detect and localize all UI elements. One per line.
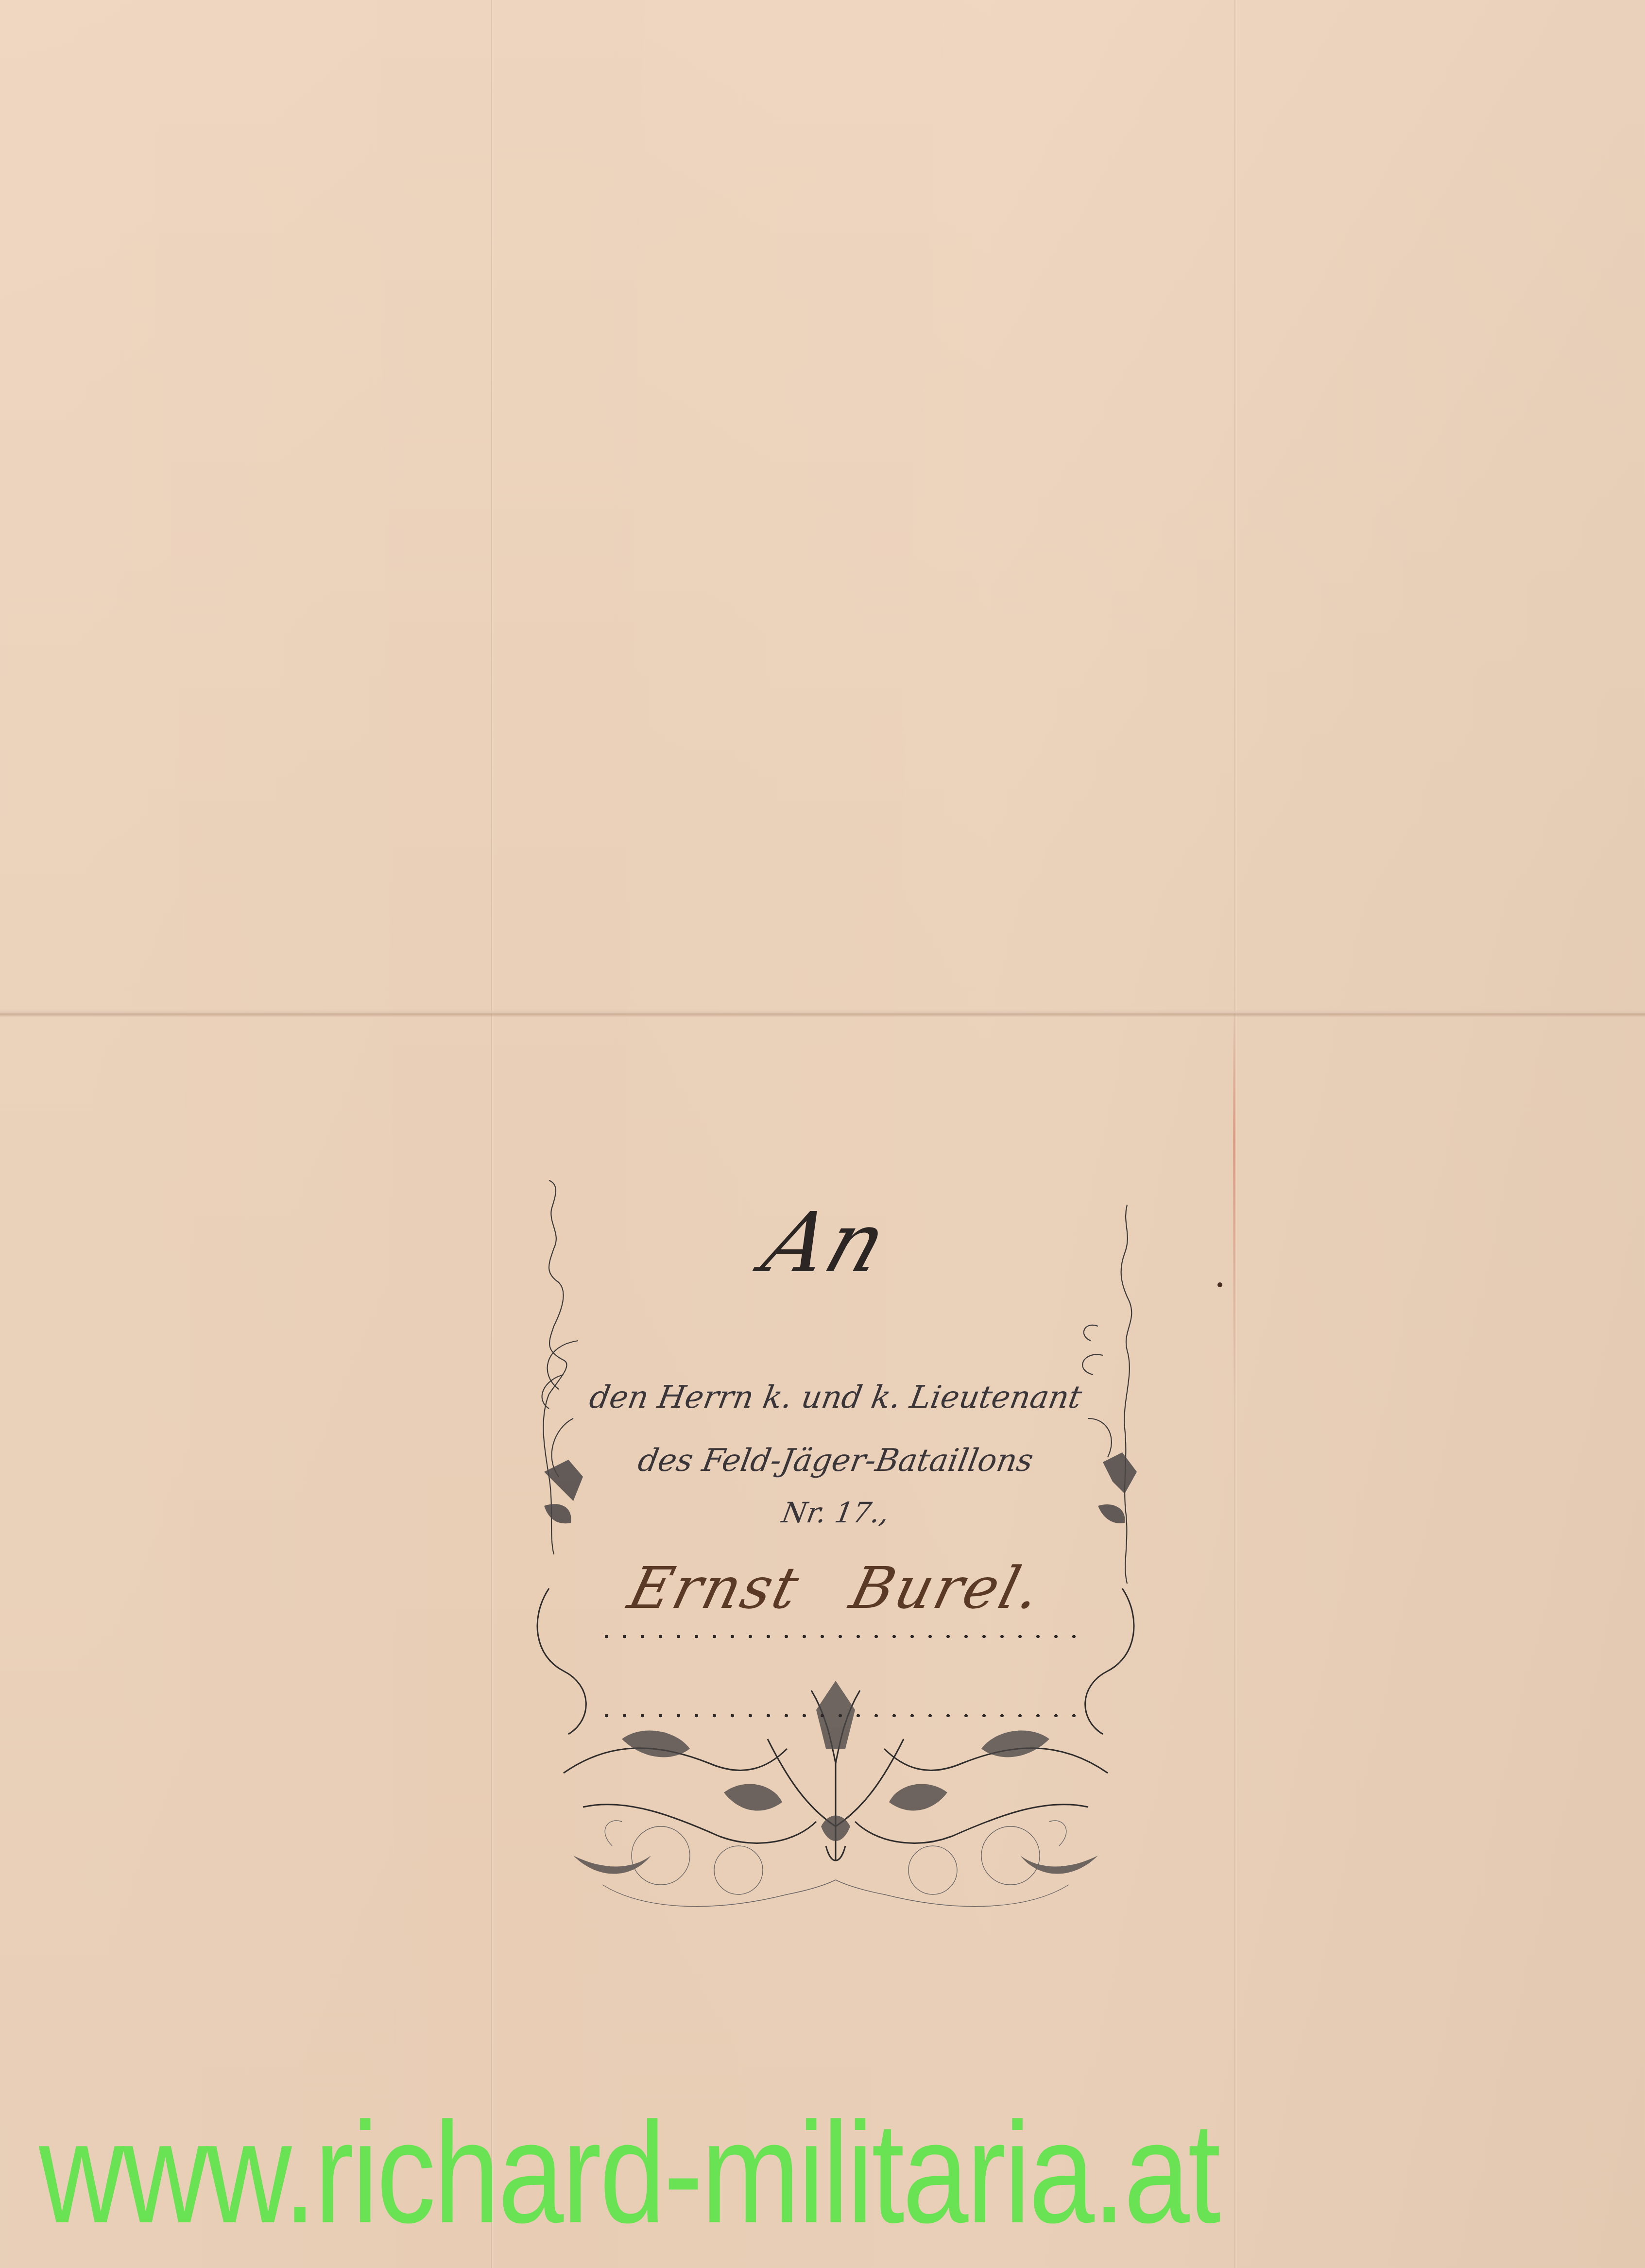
dotted-line-blank <box>598 1714 1079 1718</box>
red-fold-stain <box>1233 1010 1235 1399</box>
ink-spot <box>1217 1282 1222 1287</box>
recipient-last-name: Burel. <box>844 1554 1049 1621</box>
vertical-fold-left <box>491 0 494 2268</box>
recipient-first-name: Ernst <box>622 1554 807 1621</box>
address-block: An den Herrn k. und k. Lieutenant des Fe… <box>515 1166 1156 1992</box>
recipient-name: ErnstBurel. <box>507 1554 1165 1621</box>
address-line-battalion: des Feld-Jäger-Bataillons <box>512 1443 1159 1479</box>
address-line-rank: den Herrn k. und k. Lieutenant <box>512 1380 1159 1415</box>
dotted-line-name <box>598 1635 1079 1638</box>
watermark-url: www.richard-militaria.at <box>39 2118 1503 2228</box>
horizontal-fold <box>0 1009 1645 1017</box>
address-line-number: Nr. 17., <box>512 1496 1159 1529</box>
